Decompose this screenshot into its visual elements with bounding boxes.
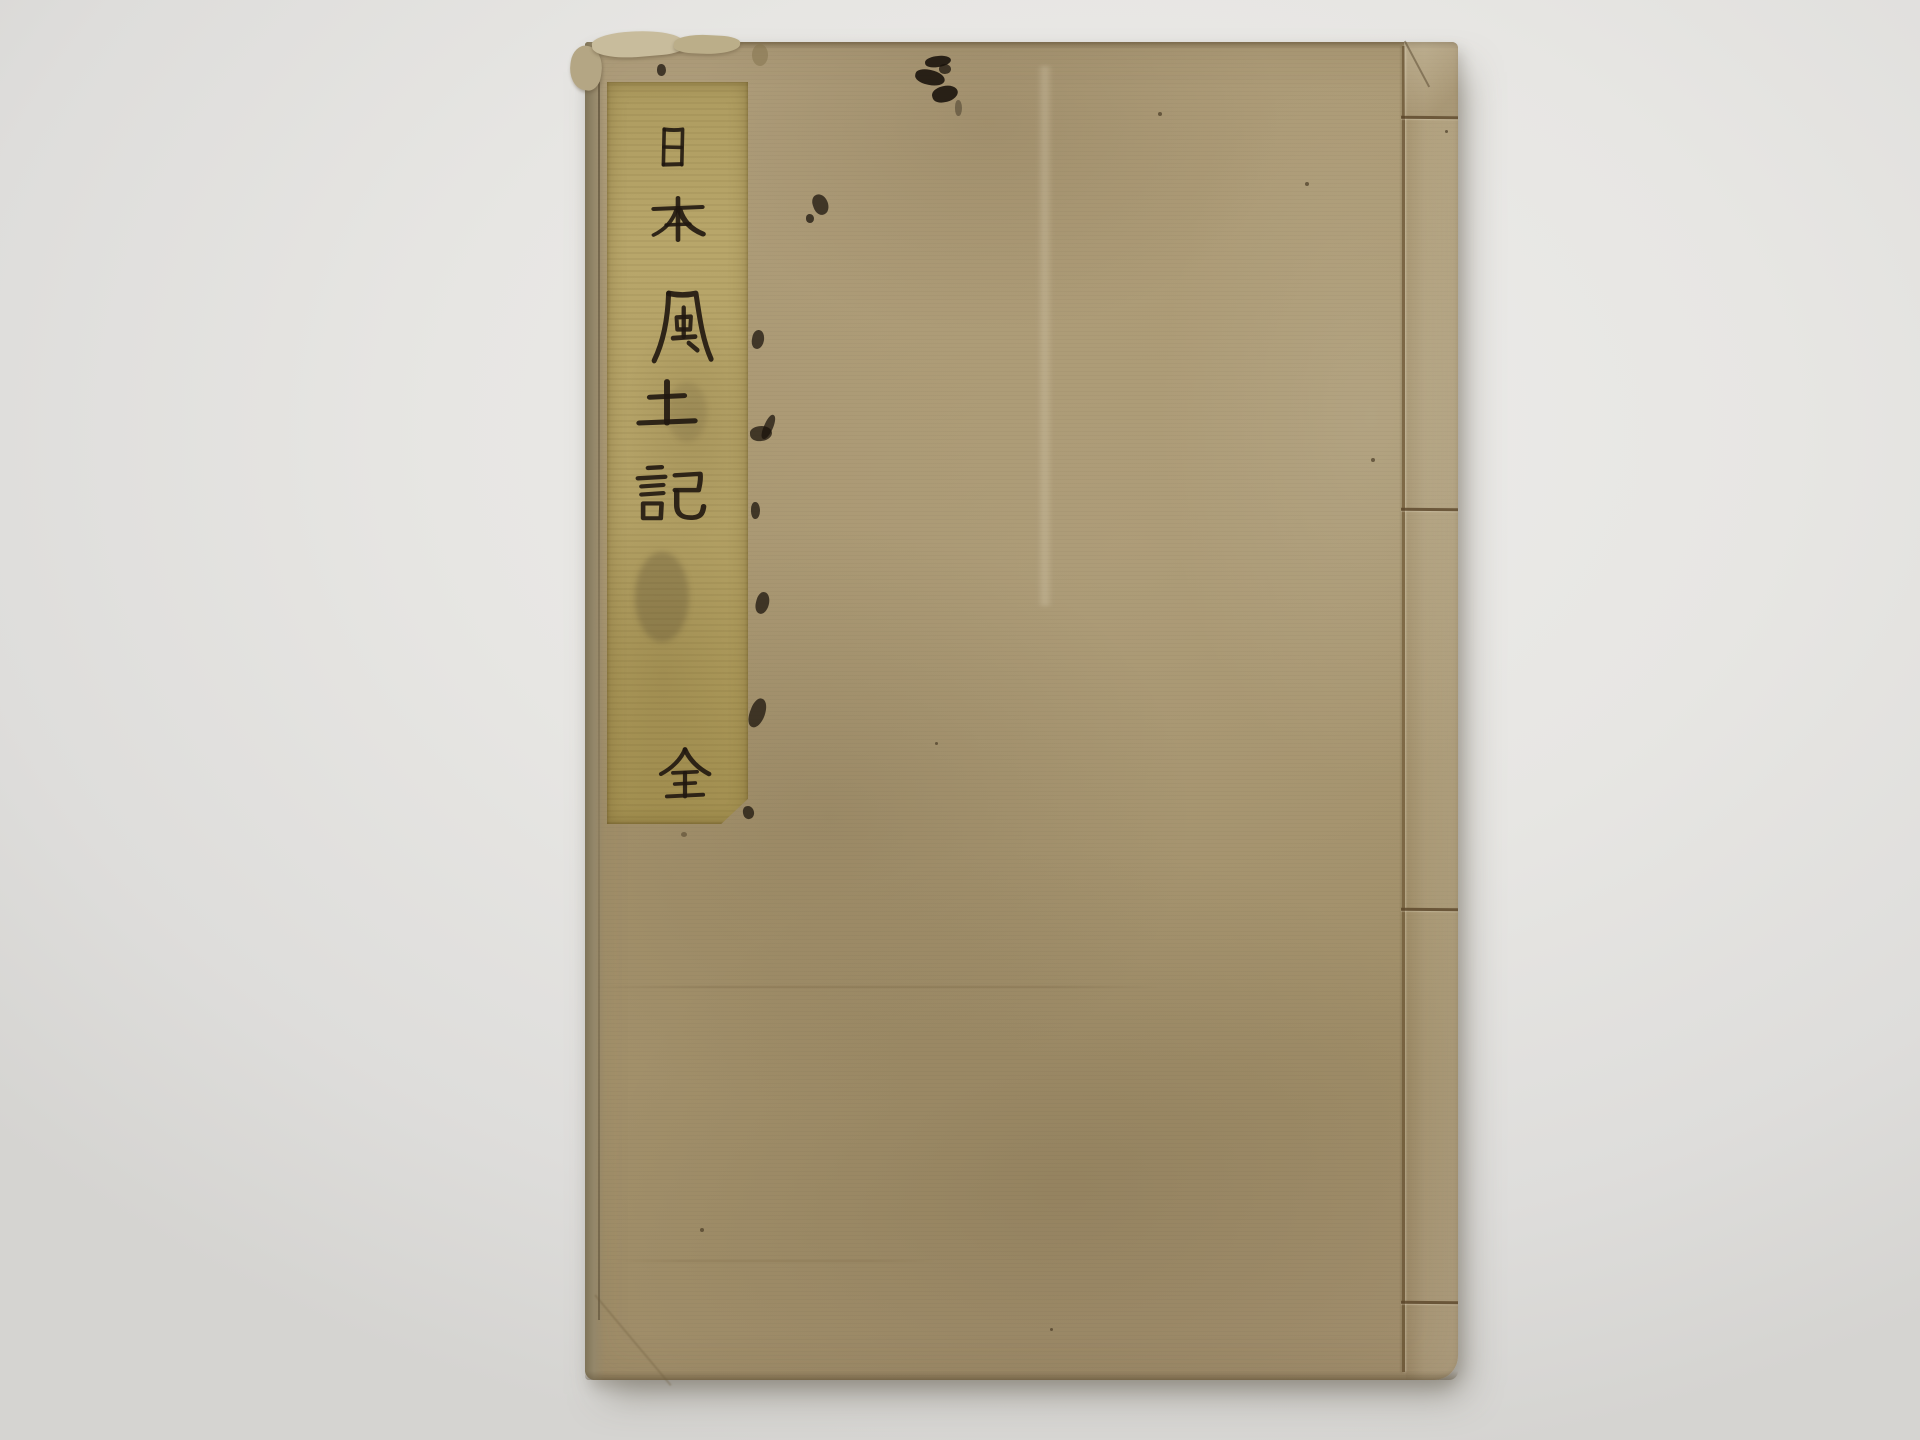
ink-blotch-top-smear <box>955 100 962 116</box>
volume-char <box>655 746 715 802</box>
photo-stage: Antique Japanese stab-bound book photogr… <box>0 0 1920 1440</box>
ink-smudge-6 <box>745 696 769 729</box>
ink-blotch-top-c <box>939 64 951 74</box>
ink-smudge-4 <box>751 502 760 519</box>
ink-smudge-5 <box>754 591 772 615</box>
ink-smudge-7 <box>742 805 755 820</box>
binding-margin-strip <box>1406 42 1458 1380</box>
speck-2 <box>1305 182 1309 186</box>
binding-thread-2 <box>1401 508 1458 512</box>
slip-smudge-1 <box>635 552 689 642</box>
crease-vertical-sheen <box>1037 66 1053 606</box>
kanji-fu-icon <box>647 287 719 367</box>
speck-3 <box>1445 130 1448 133</box>
torn-paper-notch <box>752 44 768 66</box>
title-char-4 <box>634 376 700 432</box>
speck-6 <box>700 1228 704 1232</box>
title-slip <box>607 82 748 824</box>
kanji-ki-icon <box>628 462 712 536</box>
kanji-do-icon <box>634 376 700 432</box>
fore-edge-strip <box>585 42 605 1380</box>
book-cover <box>585 42 1458 1380</box>
binding-thread-1 <box>1401 116 1458 120</box>
title-char-2 <box>649 194 707 244</box>
speck-8 <box>681 832 687 837</box>
ink-smudge-1 <box>810 192 831 217</box>
speck-4 <box>1371 458 1375 462</box>
title-char-1 <box>653 125 693 169</box>
binding-thread-4 <box>1401 1301 1458 1305</box>
speck-7 <box>1050 1328 1053 1331</box>
speck-5 <box>935 742 938 745</box>
binding-thread-3 <box>1401 908 1458 912</box>
speck-1 <box>1158 112 1162 116</box>
fore-edge-crack <box>598 82 600 1320</box>
kanji-zen-icon <box>655 746 715 802</box>
corner-piece-top-right <box>1404 42 1458 116</box>
crease-horizontal-2 <box>615 1260 935 1262</box>
crease-horizontal-1 <box>597 986 1157 988</box>
title-char-3 <box>647 287 719 367</box>
ink-smudge-2 <box>750 329 765 350</box>
ink-smudge-1b <box>806 214 814 223</box>
spine-fold-line <box>1402 46 1405 1372</box>
kanji-hon-icon <box>649 194 707 244</box>
ink-mark-top-left <box>657 64 666 76</box>
title-char-5 <box>628 462 712 536</box>
kanji-hi-icon <box>653 125 693 169</box>
crease-corner-bottom-left <box>594 1294 671 1386</box>
